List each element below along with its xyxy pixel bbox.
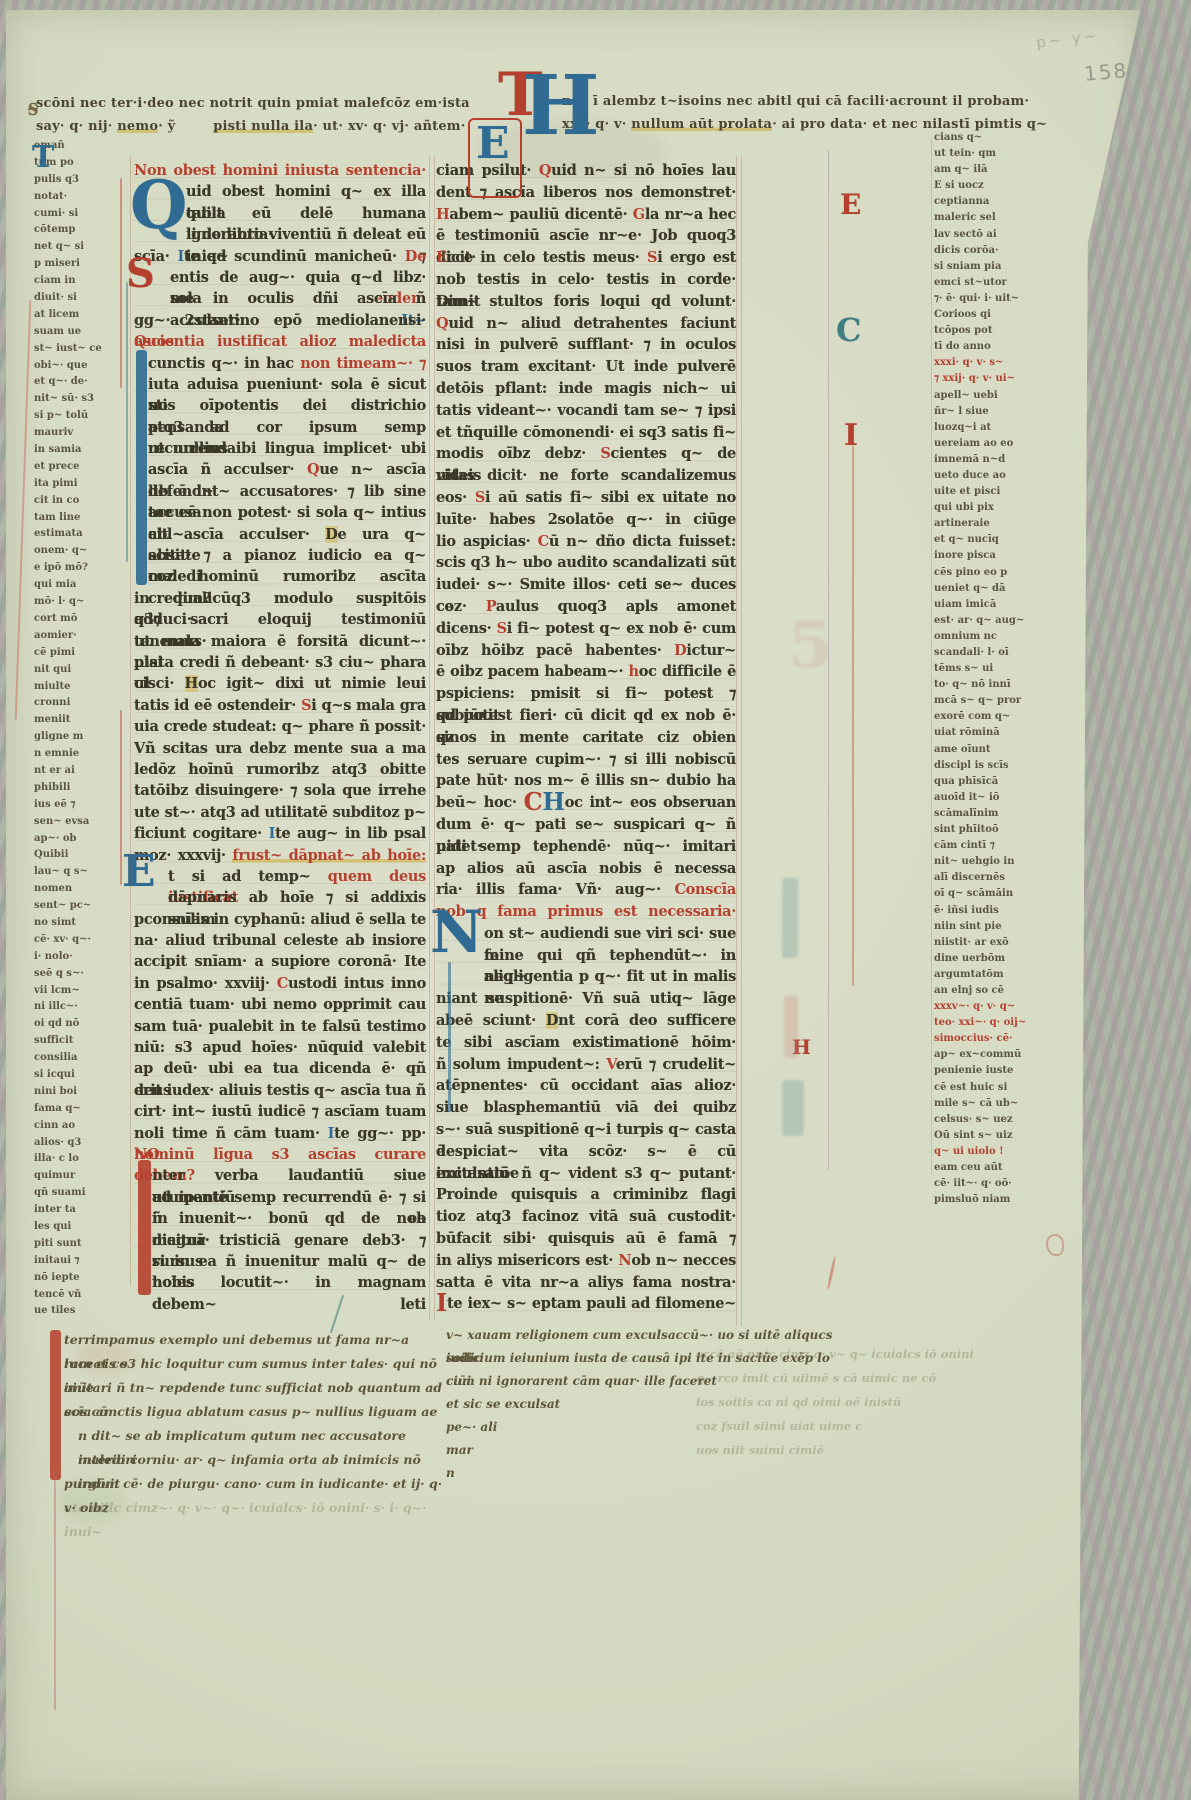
text-segment: ledōz hoīnū rumoribz atq3 obitte (134, 761, 426, 778)
gloss-line: tī do anno (934, 339, 1050, 355)
text-line: negligentia p q~· fit ut in malis ne (436, 966, 736, 988)
text-line: qd potest fieri· cū dicit qd ex nob ē· q… (436, 705, 736, 727)
text-segment: pconsulis in cyphanū: aliud ē sella te (134, 911, 426, 928)
text-segment: pisti nulla ila (213, 119, 313, 134)
text-segment: ustodi intus inno (288, 975, 426, 992)
text-segment: i ergo est (657, 249, 736, 266)
text-line: luīte· habes 2solatōe q~· in ciūge (436, 509, 736, 531)
text-line: coz hominū rumoribz ascīta credim? (134, 566, 426, 587)
text-segment: miulte (34, 681, 70, 692)
text-segment: tencē vñ (34, 1289, 81, 1300)
text-line: hominū līgua s3 ascīas curare debem? (134, 1144, 426, 1165)
text-segment: ⁊· ē· qui· i· uit~ (934, 293, 1019, 304)
gloss-line: e ipō mō? (34, 560, 120, 577)
gloss-line: tcōpos pot (934, 323, 1050, 339)
text-segment: qui mia (34, 579, 76, 590)
text-segment: tam~ stultos foris loqui qd volunt· (436, 293, 736, 310)
text-segment: noli time ñ cām tuam· (134, 1125, 328, 1142)
text-segment: pati semp tephendē· nūq~· imitari (436, 838, 736, 855)
gloss-line: cēs pino eo p (934, 565, 1050, 581)
bottom-initial-I-bar (50, 1330, 61, 1480)
gloss-line: teo· xxi~· q· oij~ (934, 1015, 1050, 1031)
text-segment: ficiunt cogitare· (134, 825, 269, 842)
text-line: hoīes locutit~· in magnam debem~ leti (134, 1272, 426, 1293)
bleed-through-numeral: 5 (788, 608, 833, 683)
text-segment: D (546, 1012, 558, 1029)
bottom-annotation-left: terrimpamus exemplo uni debemus ut fama … (64, 1328, 452, 1520)
gloss-line: phibili (34, 780, 120, 797)
text-segment: te sibi ascīam existimationē hōim· (436, 1034, 736, 1051)
text-segment: piti sunt (34, 1238, 81, 1249)
gloss-line: xxxv~· q· v· q~ (934, 999, 1050, 1015)
text-segment: xxxi· q· v· s~ (934, 357, 1003, 368)
text-segment: initaui ⁊ (34, 1255, 80, 1266)
gloss-line: penienie iuste (934, 1063, 1050, 1079)
gloss-line: ñr~ l siue (934, 404, 1050, 420)
text-line: entis de aug~· quia q~d libz· sola eodem (134, 267, 426, 288)
text-segment: uia crede studeat: q~ phare ñ possit· (134, 718, 426, 735)
text-line: toe eē non potest· si sola q~ intius abl… (134, 502, 426, 523)
text-segment: st~ iust~ ce (34, 343, 102, 354)
gloss-line: ueto duce ao (934, 468, 1050, 484)
header-line: nec ī alembz t~isoins nec abitl qui cā f… (562, 90, 1092, 113)
text-segment: maleric sel (934, 212, 996, 223)
text-line: absit· ⁊ a pianoz iudicio ea q~ maledi (134, 545, 426, 566)
text-segment: eos· (436, 489, 475, 506)
text-line: oībz hōibz pacē habentes· Dictur~ (436, 640, 736, 662)
text-line: s~· suā suspitionē q~i turpis q~ casta ē (436, 1119, 736, 1141)
gloss-line: imnemā n~d (934, 452, 1050, 468)
gloss-line: p miseri (34, 256, 120, 273)
text-segment: auoīd it~ iō (934, 792, 999, 803)
text-line: magnā tristiciā genare deb3· ⁊ rursus (134, 1230, 426, 1251)
text-line: niū: s3 apud hoīes· nūquid valebit (134, 1037, 426, 1058)
margin-initial-I: I (844, 422, 858, 449)
text-segment: an elnj so cē (934, 985, 1004, 996)
text-line: modis oībz debz· Scientes q~ de videis (436, 443, 736, 465)
filigree-red-left-2 (120, 710, 122, 885)
text-segment: sufficit (34, 1035, 73, 1046)
text-segment: cām cintī ⁊ (934, 840, 995, 851)
gloss-line: ap~ ex~commū (934, 1047, 1050, 1063)
text-segment: cumi· si (34, 208, 78, 219)
text-segment: coz fsuil siimi uiat uime c (696, 1419, 862, 1433)
text-line: sinos in mente caritate ciz obien (436, 727, 736, 749)
red-scribble-bottom (826, 1256, 836, 1290)
annotation-line: ram eis s3 hic loquitur cum sumus inter … (64, 1352, 452, 1376)
text-segment: et sic se exculsat (446, 1397, 560, 1411)
gloss-line: si sniam pia (934, 259, 1050, 275)
text-line: pate hūt· nos m~ ē illis sn~ dubio ha (436, 770, 736, 792)
gloss-line: piti sunt (34, 1236, 120, 1253)
text-line: cit ascīa acculser· De ura q~ scitate (134, 524, 426, 545)
text-segment: atēpnentes· cū occidant aīas alioz· (436, 1077, 736, 1094)
gloss-line: cit in co (34, 493, 120, 510)
gloss-line: notat· (34, 189, 120, 206)
text-segment: Q (307, 461, 319, 478)
initial-I-bar-red (138, 1160, 151, 1295)
gloss-line: n emnie (34, 746, 120, 763)
text-line: noli time ñ cām tuam· Ite gg~· pp· NO (134, 1123, 426, 1144)
text-segment: aulus quoq3 apls amonet (496, 598, 736, 615)
text-segment: P (436, 1186, 447, 1203)
text-segment: I (436, 1288, 447, 1317)
text-segment: tcōpos pot (934, 325, 992, 336)
text-segment: tatis videant~· vocandi tam se~ ⁊ ipsi (436, 402, 736, 419)
gloss-line: nō iepte (34, 1270, 120, 1287)
text-line: na· aliud tribunal celeste ab insiore (134, 930, 426, 951)
text-line: beū~ hoc· CHoc int~ eos obseruan (436, 792, 736, 814)
gloss-line: nt er ai (34, 763, 120, 780)
text-segment: i· nolo· (34, 951, 73, 962)
text-line: et tñquille cōmonendi· ei sq3 satis fi~ (436, 422, 736, 444)
text-segment: ē oibz pacem habeam~· (436, 663, 628, 680)
text-line: pati semp tephendē· nūq~· imitari (436, 836, 736, 858)
gloss-line: xxxi· q· v· s~ (934, 355, 1050, 371)
gloss-line: miulte (34, 679, 120, 696)
text-segment: erū ⁊ crudelit~ (616, 1056, 736, 1073)
text-segment: erit iudex· aliuis testis q~ ascīa tua ñ (134, 1082, 426, 1099)
gloss-line: Corioos qi (934, 307, 1050, 323)
gloss-line: alī discernēs (934, 870, 1050, 886)
gloss-line: ius eē ⁊ (34, 797, 120, 814)
text-segment: mauriv (34, 427, 73, 438)
text-line: tes seruare cupim~· ⁊ si illi nobiscū (436, 749, 736, 771)
text-segment: nit~ sū· s3 (34, 393, 94, 404)
gloss-line: sint phīitoō (934, 822, 1050, 838)
text-segment: ob n~ necces (631, 1252, 736, 1269)
gloss-line: in samia (34, 442, 120, 459)
annotation-line: scīa amctis ligua ablatum casus p~ nulli… (64, 1400, 452, 1424)
text-segment: abem~ pauliū dicentē· (449, 206, 632, 223)
text-segment: argumtatōm (934, 969, 1004, 980)
text-segment: celsus· s~ uez (934, 1114, 1013, 1125)
text-segment: ceptianna (934, 196, 989, 207)
text-segment: nini boi (34, 1086, 77, 1097)
text-segment: quimur (34, 1170, 75, 1181)
text-line: accipit snīam· a supiore coronā· Ite (134, 951, 426, 972)
text-segment: cē est huic si (934, 1082, 1007, 1093)
bottom-descender-red (54, 1480, 56, 1710)
gloss-line: et q~ nucīq (934, 532, 1050, 548)
gloss-line: si p~ tolū (34, 408, 120, 425)
text-segment: scōni nec ter·i·deo nec notrit quin pmia… (36, 96, 470, 111)
text-segment: te gg~· pp· (334, 1125, 426, 1142)
text-line: niant suspitionē· Vñ suā utiq~ lāge (436, 988, 736, 1010)
text-segment: C (524, 787, 543, 816)
gloss-line: illa· c lo (34, 1151, 120, 1168)
text-line: detōis pflant: inde magis nich~ ui (436, 378, 736, 400)
text-line: pspiciens: pmisit si fi~ potest ⁊ subiūx… (436, 683, 736, 705)
text-segment: inore pisca (934, 550, 996, 561)
text-line: dāpnaris ab hoīe ⁊ si addixis snīam (134, 887, 426, 908)
text-segment: cronni (34, 697, 70, 708)
gloss-line: oi qd nō (34, 1016, 120, 1033)
ghost-line: uos niit suimi cimiē (696, 1438, 1066, 1462)
faint-red-Q-mark (1046, 1234, 1064, 1256)
gloss-line: omnium nc (934, 629, 1050, 645)
text-line: erit iudex· aliuis testis q~ ascīa tua ñ (134, 1080, 426, 1101)
gloss-line: sent~ pc~ (34, 898, 120, 915)
annotation-line: n dit~ se ab implicatum qutum nec accusa… (64, 1424, 452, 1448)
gloss-line: ita pimi (34, 476, 120, 493)
text-segment: niistit· ar exō (934, 937, 1009, 948)
text-line: stis oīpotentis dei districhio pensanda (134, 395, 426, 416)
text-segment: cit in co (34, 495, 79, 506)
text-line: ascīa ñ acculser· Que n~ ascīa defend~ (134, 459, 426, 480)
text-segment: ⁊ xxij· q· v· ui~ (934, 373, 1015, 384)
text-segment: cōtemp (34, 224, 75, 235)
gloss-line: emci st~utor (934, 275, 1050, 291)
gloss-line: eam ceu aūt (934, 1160, 1050, 1176)
gloss-line: qui ubi pix (934, 500, 1050, 516)
text-segment: ueto duce ao (934, 470, 1006, 481)
text-segment: cirt· int~ iustū iudicē ⁊ ascīam tuam (134, 1103, 426, 1120)
text-segment: cum ni ignorarent cām quar· ille faceret (446, 1374, 717, 1388)
text-segment: scāmalīnim (934, 808, 999, 819)
text-segment: tatōibz disuingere· ⁊ sola que irrehe (134, 782, 426, 799)
text-segment: diuit· si (34, 292, 77, 303)
text-segment: mcā s~ q~ pror (934, 695, 1021, 706)
gloss-line: i· nolo· (34, 949, 120, 966)
text-segment: q~ rco imit cū uiimē s cā uimic ne cō (696, 1371, 936, 1385)
text-line: me in oculis dñi ascīa ñ acculser· It~ (134, 288, 426, 309)
text-segment: teo· xxi~· q· oij~ (934, 1017, 1026, 1028)
gloss-line: diuit· si (34, 290, 120, 307)
text-segment: i fi~ potest q~ ex nob ē· cum (507, 620, 736, 637)
gloss-line: mō· l· q~ (34, 594, 120, 611)
text-segment: alios· q3 (34, 1137, 81, 1148)
text-segment: qñ suami (34, 1187, 86, 1198)
text-segment: E (436, 249, 447, 266)
gloss-line: dicis corōa· (934, 243, 1050, 259)
gloss-line: auoīd it~ iō (934, 790, 1050, 806)
ghost-line: sccā aō nnic cimz q· v~ q~ icuialcs iō o… (696, 1342, 1066, 1366)
gloss-line: scandali· l· oī (934, 645, 1050, 661)
text-line: ledōz hoīnū rumoribz atq3 obitte (134, 759, 426, 780)
bleed-bar-teal-1 (782, 878, 798, 958)
text-line: imitantiū· ñ q~ vident s3 q~ putant· (436, 1163, 736, 1185)
text-segment: Q (436, 315, 448, 332)
gloss-line: Quibii (34, 847, 120, 864)
text-line: cunctis q~· in hac non timeam~· ⁊ (134, 353, 426, 374)
gloss-line: st~ iust~ ce (34, 341, 120, 358)
text-segment: nit qui (34, 664, 71, 675)
gloss-line: mcā s~ q~ pror (934, 693, 1050, 709)
gloss-line: tēms s~ ui (934, 661, 1050, 677)
text-segment: H (436, 206, 449, 223)
text-segment: cisci· (134, 675, 185, 692)
text-segment: in psalmo· xxviij· (134, 975, 277, 992)
text-segment: Vñ scitas ura debz mente sua a ma (134, 740, 426, 757)
text-segment: et q~ nucīq (934, 534, 999, 545)
gloss-line: scāmalīnim (934, 806, 1050, 822)
text-line: sam tuā· pualebit in te falsū testimo (134, 1016, 426, 1037)
gloss-line: exorē com q~ (934, 709, 1050, 725)
text-line: gg~· 2stantino epō mediolanensi· Quos (134, 310, 426, 331)
gloss-line: ciam in (34, 273, 120, 290)
text-segment: sam tuā· pualebit in te falsū testimo (134, 1018, 426, 1035)
text-segment: cē· xv· q~· (34, 934, 91, 945)
text-segment: dicis corōa· (934, 245, 998, 256)
text-segment: na· aliud tribunal celeste ab insiore (134, 932, 426, 949)
text-line: nisi in pulverē sufflant· ⁊ in oculos (436, 334, 736, 356)
gloss-line: ue tiles (34, 1303, 120, 1320)
text-segment: lav sectō ai (934, 229, 997, 240)
text-segment: tī do anno (934, 341, 991, 352)
text-line: plata credi ñ debeant· s3 ciu~ phara ul (134, 652, 426, 673)
text-segment: cinn ao (34, 1120, 75, 1131)
gloss-line: niistit· ar exō (934, 935, 1050, 951)
text-segment: C (538, 533, 549, 550)
text-segment: xxxv~· q· v· q~ (934, 1001, 1015, 1012)
text-segment: ē· iñsi iudis (934, 905, 999, 916)
gloss-line: qui mia (34, 577, 120, 594)
gloss-line: net q~ si (34, 239, 120, 256)
marginal-gloss-left: emañtum populis q3notat·cumi· sicōtempne… (34, 138, 120, 1320)
drop-cap-E: E (122, 852, 156, 892)
text-segment: būfacit sibi· quisquis aū ē famā ⁊ (436, 1230, 736, 1247)
text-segment: te iex~ s~ eptam pauli ad filomene~ (447, 1295, 736, 1312)
text-segment: nomen (34, 883, 72, 894)
gloss-line: nini boi (34, 1084, 120, 1101)
text-segment: modis oībz debz· (436, 445, 600, 462)
text-line: eos· Si aū satis fi~ sibi ex uitate no (436, 487, 736, 509)
gloss-line: cians q~ (934, 130, 1050, 146)
text-line: iuta aduisa pueniunt· sola ē sicut no (134, 374, 426, 395)
text-segment: nec ī alembz t~isoins nec abitl qui cā f… (562, 94, 1029, 109)
gloss-line: artineraie (934, 516, 1050, 532)
text-segment: P (486, 598, 496, 615)
text-segment: imnemā n~d (934, 454, 1005, 465)
gloss-line: cē· xv· q~· (34, 932, 120, 949)
text-segment: oī q~ scāmāin (934, 888, 1013, 899)
gloss-line: ceptianna (934, 194, 1050, 210)
gloss-line: cē· iit~· q· oō· (934, 1176, 1050, 1192)
gloss-line: an elnj so cē (934, 983, 1050, 999)
gloss-line: E si uocz (934, 178, 1050, 194)
text-line: nitas dicit· ne forte scandalizemus (436, 465, 736, 487)
text-segment: to· q~ nō innī (934, 679, 1011, 690)
text-segment: illa· c lo (34, 1153, 79, 1164)
text-line: atq3 ad cor ipsum semp recurrenda· (134, 417, 426, 438)
gloss-initial-T: T (32, 144, 54, 171)
text-segment: nt er ai (34, 765, 75, 776)
annotation-line: ate nillc cimz~· q· v~· q~· icuialcs· iō… (64, 1496, 452, 1520)
text-segment: et prece (34, 461, 80, 472)
drop-cap-N: N (430, 906, 483, 958)
text-segment: uid n~ si nō hoīes lau (551, 162, 736, 179)
gloss-line: tam line (34, 510, 120, 527)
gloss-line: ut tein· qm (934, 146, 1050, 162)
text-line: in psalmo· xxviij· Custodi intus inno (134, 973, 426, 994)
text-line: cisci· Hoc igit~ dixi ut nimie leui (134, 673, 426, 694)
text-segment: Q (539, 162, 551, 179)
ruling-v-1 (130, 156, 131, 1286)
text-line: ascientia iustificat alioz maledicta (134, 331, 426, 352)
text-segment: Conscīa (674, 881, 736, 898)
text-segment: uiat rōminā (934, 727, 1000, 738)
folio-number: 158 (1083, 58, 1129, 86)
text-segment: ap~ ex~commū (934, 1049, 1021, 1060)
text-line: tatōibz disuingere· ⁊ sola que irrehe (134, 780, 426, 801)
text-segment: am q~ ilā (934, 164, 987, 175)
gloss-line: lav sectō ai (934, 227, 1050, 243)
gloss-line: et prece (34, 459, 120, 476)
text-segment: lio aspicias· (436, 533, 538, 550)
text-segment: sent~ pc~ (34, 900, 91, 911)
gloss-line: am q~ ilā (934, 162, 1050, 178)
text-segment: si sniam pia (934, 261, 1001, 272)
header-line: say· q· nij· nemo· ỹ pisti nulla ila· ut… (36, 115, 456, 138)
gloss-line: les qui (34, 1219, 120, 1236)
gloss-line: aomier· (34, 628, 120, 645)
gloss-line: ē· iñsi iudis (934, 903, 1050, 919)
text-line: Habem~ pauliū dicentē· Gla nr~a hec (436, 204, 736, 226)
gloss-line: cē est huic si (934, 1080, 1050, 1096)
initial-I-bar-blue (136, 350, 147, 585)
text-line: būfacit sibi· quisquis aū ē famā ⁊ (436, 1228, 736, 1250)
text-segment: ute st~· atq3 ad utilitatē subditoz p~ (134, 804, 426, 821)
text-segment: ita pimi (34, 478, 78, 489)
text-segment: simoccius· cē· (934, 1033, 1012, 1044)
text-line: Ite iex~ s~ eptam pauli ad filomene~ (436, 1293, 736, 1315)
text-segment: oc int~ eos obseruan (565, 794, 736, 811)
text-segment: dicens· (436, 620, 497, 637)
text-segment: tatis id eē ostendeir· (134, 697, 301, 714)
text-segment: say· q· nij· (36, 119, 117, 134)
manuscript-page: 158 p~ y~ 5 scōni nec ter·i·deo nec notr… (6, 10, 1140, 1800)
text-segment: ut nullius ibi lingua implicet· ubi (148, 440, 426, 457)
text-segment: nisi in pulverē sufflant· ⁊ in oculos (436, 336, 736, 353)
gloss-line: cumi· si (34, 206, 120, 223)
gloss-line: cronni (34, 695, 120, 712)
text-segment: ñr~ l siue (934, 406, 989, 417)
gloss-line: inter ta (34, 1202, 120, 1219)
gloss-line: obi~· que (34, 358, 120, 375)
text-segment: artineraie (934, 518, 990, 529)
gloss-line: nomen (34, 881, 120, 898)
bleed-bar-pink (784, 996, 798, 1058)
text-segment: niin sint pie (934, 921, 1002, 932)
pencil-inscription: p~ y~ (1035, 26, 1100, 52)
gloss-line: mile s~ cā ub~ (934, 1096, 1050, 1112)
text-line: Quid n~ aliud detrahentes faciunt (436, 313, 736, 335)
text-segment: t si ad temp~ (168, 868, 328, 885)
text-segment: oc difficile ē (639, 663, 736, 680)
gloss-line: no simt (34, 915, 120, 932)
text-segment: ame oīunt (934, 744, 991, 755)
text-line: dum ē· q~ pati se~ suspicari q~ ñ uidet· (436, 814, 736, 836)
text-line: lib ē int~ accusatores· ⁊ lib sine accus… (134, 481, 426, 502)
text-segment: pimsluō niam (934, 1194, 1010, 1205)
text-segment: H (185, 675, 198, 692)
text-segment: ni illc~· (34, 1001, 78, 1012)
text-segment: D (674, 642, 686, 659)
text-line: in aliys misericors est· Nob n~ necces (436, 1250, 736, 1272)
text-line: tatis id eē ostendeir· Si q~s mala gra (134, 695, 426, 716)
text-segment: sinos in mente caritate ciz obien (436, 729, 736, 746)
text-segment: S (475, 489, 485, 506)
gloss-line: gligne m (34, 729, 120, 746)
gloss-line: simoccius· cē· (934, 1031, 1050, 1047)
gloss-line: qua phīsīcā (934, 774, 1050, 790)
annotation-line: imitari ñ tn~ repdende tunc sufficiat no… (64, 1376, 452, 1400)
text-segment: no simt (34, 917, 76, 928)
text-segment: suam ue (34, 326, 81, 337)
text-segment: Oū sint s~ uiz (934, 1130, 1013, 1141)
text-segment: q~ ui uiolo ! (934, 1146, 1003, 1157)
